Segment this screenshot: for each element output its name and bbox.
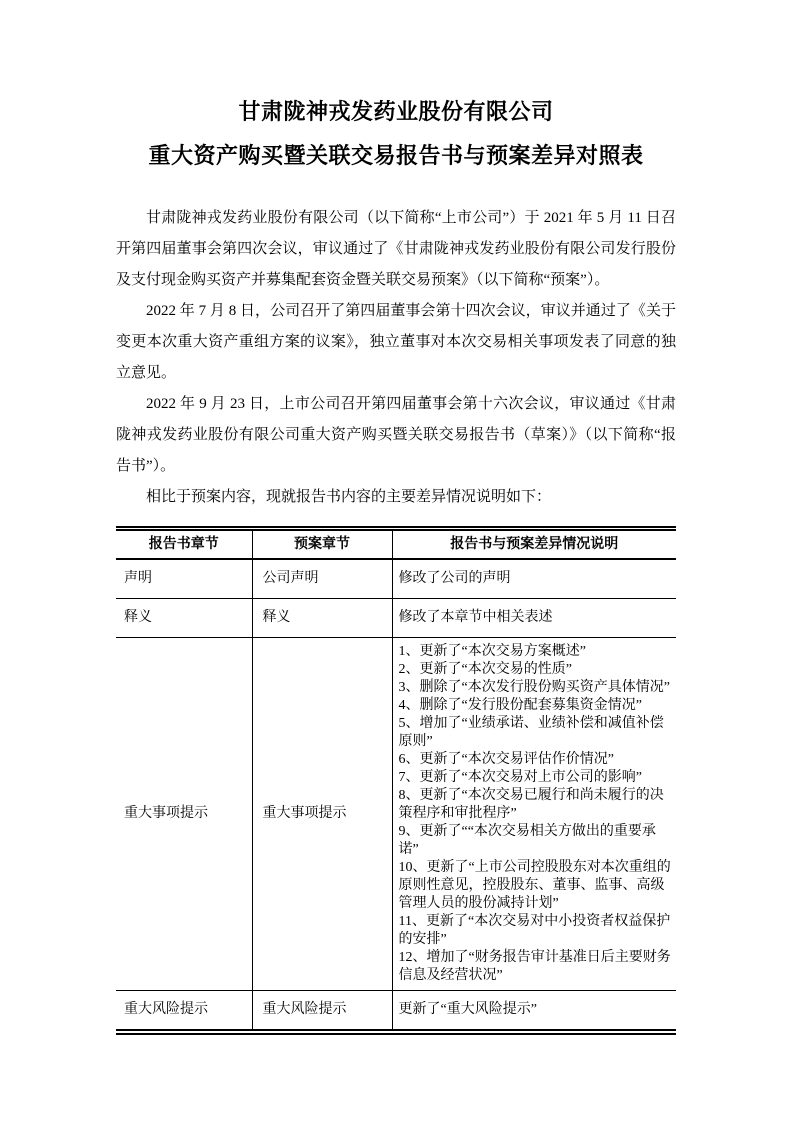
document-page: 甘肃陇神戎发药业股份有限公司 重大资产购买暨关联交易报告书与预案差异对照表 甘肃… <box>0 0 793 1122</box>
cell-plan-chapter: 重大风险提示 <box>252 991 392 1033</box>
body-paragraph-1: 甘肃陇神戎发药业股份有限公司（以下简称“上市公司”）于 2021 年 5 月 1… <box>116 203 676 296</box>
table-row-major-risks: 重大风险提示 重大风险提示 更新了“重大风险提示” <box>116 991 676 1033</box>
document-title-block: 甘肃陇神戎发药业股份有限公司 重大资产购买暨关联交易报告书与预案差异对照表 <box>116 90 676 178</box>
body-paragraph-4: 相比于预案内容，现就报告书内容的主要差异情况说明如下： <box>116 482 676 513</box>
body-paragraph-3: 2022 年 9 月 23 日，上市公司召开第四届董事会第十六次会议，审议通过《… <box>116 389 676 482</box>
body-paragraphs: 甘肃陇神戎发药业股份有限公司（以下简称“上市公司”）于 2021 年 5 月 1… <box>116 203 676 513</box>
cell-difference: 1、更新了“本次交易方案概述” 2、更新了“本次交易的性质” 3、删除了“本次发… <box>392 638 676 991</box>
difference-comparison-table: 报告书章节 预案章节 报告书与预案差异情况说明 声明 公司声明 修改了公司的声明… <box>116 526 676 1035</box>
column-header-plan-chapter: 预案章节 <box>252 529 392 560</box>
column-header-difference: 报告书与预案差异情况说明 <box>392 529 676 560</box>
body-paragraph-2: 2022 年 7 月 8 日，公司召开了第四届董事会第十四次会议，审议并通过了《… <box>116 296 676 389</box>
table-row-major-matters: 重大事项提示 重大事项提示 1、更新了“本次交易方案概述” 2、更新了“本次交易… <box>116 638 676 991</box>
cell-report-chapter: 重大风险提示 <box>116 991 252 1033</box>
cell-plan-chapter: 公司声明 <box>252 559 392 599</box>
table-row-definitions: 释义 释义 修改了本章节中相关表述 <box>116 599 676 638</box>
document-content: 甘肃陇神戎发药业股份有限公司 重大资产购买暨关联交易报告书与预案差异对照表 甘肃… <box>116 90 676 1035</box>
cell-difference: 修改了本章节中相关表述 <box>392 599 676 638</box>
cell-plan-chapter: 释义 <box>252 599 392 638</box>
document-title-line2: 重大资产购买暨关联交易报告书与预案差异对照表 <box>116 134 676 178</box>
cell-difference: 修改了公司的声明 <box>392 559 676 599</box>
document-title-line1: 甘肃陇神戎发药业股份有限公司 <box>116 90 676 134</box>
cell-difference: 更新了“重大风险提示” <box>392 991 676 1033</box>
cell-plan-chapter: 重大事项提示 <box>252 638 392 991</box>
column-header-report-chapter: 报告书章节 <box>116 529 252 560</box>
cell-report-chapter: 声明 <box>116 559 252 599</box>
table-row-declaration: 声明 公司声明 修改了公司的声明 <box>116 559 676 599</box>
cell-report-chapter: 释义 <box>116 599 252 638</box>
cell-report-chapter: 重大事项提示 <box>116 638 252 991</box>
table-header-row: 报告书章节 预案章节 报告书与预案差异情况说明 <box>116 529 676 560</box>
